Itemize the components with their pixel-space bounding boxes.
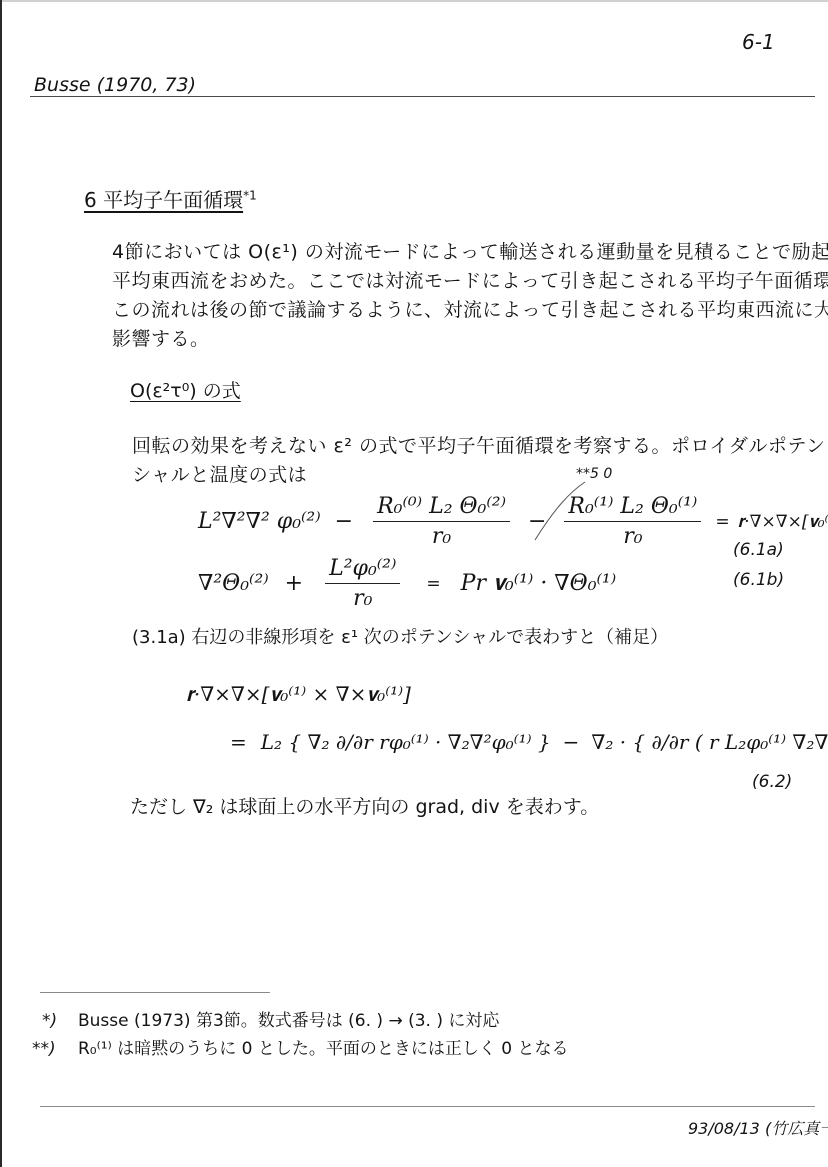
section-heading-text: 6 平均子午面循環 (84, 188, 243, 212)
subsection-intro: 回転の効果を考えない ε² の式で平均子午面循環を考察する。ポロイダルポテン シ… (132, 432, 825, 490)
eq-term: ∇₂ · { ∂/∂r ( r L₂φ₀⁽¹⁾ ∇₂∇²φ₀⁽¹⁾ ) } (591, 730, 828, 754)
footnote-rule (40, 992, 270, 993)
footnote-2: **)R₀⁽¹⁾ は暗黙のうちに 0 とした。平面のときには正しく 0 となる (32, 1034, 568, 1059)
nabla2-note: ただし ∇₂ は球面上の水平方向の grad, div を表わす。 (130, 792, 599, 819)
footer-date: 93/08/13 (竹広真一) (688, 1116, 828, 1139)
eq-fraction: R₀⁽⁰⁾ L₂ Θ₀⁽²⁾ r₀ (373, 494, 510, 549)
frac-numerator: L²φ₀⁽²⁾ (325, 556, 400, 584)
eq-term: L₂ { ∇₂ ∂/∂r rφ₀⁽¹⁾ · ∇₂∇²φ₀⁽¹⁾ } (261, 730, 551, 754)
eq-equals: = (230, 730, 247, 754)
footnote-1: *)Busse (1973) 第3節。数式番号は (6. ) → (3. ) に… (42, 1006, 499, 1031)
eq-term: L²∇²∇² φ₀⁽²⁾ (198, 509, 321, 534)
subsection-heading: O(ε²τ⁰) の式 (130, 376, 241, 403)
eq-operator: − (528, 509, 546, 534)
footnote-text: R₀⁽¹⁾ は暗黙のうちに 0 とした。平面のときには正しく 0 となる (78, 1039, 568, 1059)
frac-numerator: R₀⁽⁰⁾ L₂ Θ₀⁽²⁾ (373, 494, 510, 522)
footnote-mark: *1 (243, 188, 257, 202)
footer-rule (40, 1106, 815, 1107)
eq-operator: + (285, 571, 303, 596)
intro-line: 回転の効果を考えない ε² の式で平均子午面循環を考察する。ポロイダルポテン (132, 432, 825, 461)
footnote-mark: *) (42, 1011, 78, 1031)
frac-denominator: r₀ (432, 522, 451, 549)
frac-numerator: R₀⁽¹⁾ L₂ Θ₀⁽¹⁾ (564, 494, 701, 522)
nonlinear-intro: (3.1a) 右辺の非線形項を ε¹ 次のポテンシャルで表わすと（補足） (132, 623, 668, 649)
equation-6-2-line2: = L₂ { ∇₂ ∂/∂r rφ₀⁽¹⁾ · ∇₂∇²φ₀⁽¹⁾ } − ∇₂… (230, 730, 828, 754)
intro-line: 影響する。 (112, 325, 828, 354)
equation-tag: (6.1b) (733, 570, 784, 590)
reference-label: Busse (1970, 73) (34, 74, 196, 96)
equation-6-1b: ∇²Θ₀⁽²⁾ + L²φ₀⁽²⁾ r₀ = Pr 𝐯₀⁽¹⁾ · ∇Θ₀⁽¹⁾ (198, 556, 616, 611)
page-number: 6-1 (742, 30, 775, 54)
intro-line: 4節においては O(ε¹) の対流モードによって輸送される運動量を見積ることで励… (112, 238, 828, 267)
frac-denominator: r₀ (623, 522, 642, 549)
footnote-text: Busse (1973) 第3節。数式番号は (6. ) → (3. ) に対応 (78, 1011, 499, 1031)
page-top-edge (0, 0, 828, 2)
eq-equals: = (715, 512, 729, 532)
page-left-edge (0, 0, 2, 1167)
eq-rhs: 𝐫·∇×∇×[𝐯₀⁽¹⁾ × ∇×𝐯₀⁽¹⁾] (738, 512, 828, 532)
equation-tag: (6.1a) (733, 540, 784, 560)
equation-6-2-line1: 𝐫·∇×∇×[𝐯₀⁽¹⁾ × ∇×𝐯₀⁽¹⁾] (186, 682, 411, 706)
eq-operator: − (563, 730, 580, 754)
eq-equals: = (426, 574, 440, 594)
eq-fraction: R₀⁽¹⁾ L₂ Θ₀⁽¹⁾ r₀ (564, 494, 701, 549)
equation-tag: (6.2) (752, 772, 792, 792)
eq-operator: − (335, 509, 353, 534)
eq-rhs: Pr 𝐯₀⁽¹⁾ · ∇Θ₀⁽¹⁾ (461, 571, 617, 596)
header-rule (30, 96, 815, 97)
eq-fraction: L²φ₀⁽²⁾ r₀ (325, 556, 400, 611)
footnote-mark: **) (32, 1039, 78, 1059)
intro-line: 平均東西流をおめた。ここでは対流モードによって引き起こされる平均子午面循環を考察… (112, 267, 828, 296)
eq-term: ∇²Θ₀⁽²⁾ (198, 571, 269, 596)
frac-denominator: r₀ (353, 584, 372, 611)
intro-line: この流れは後の節で議論するように、対流によって引き起こされる平均東西流に大きく (112, 296, 828, 325)
intro-line: シャルと温度の式は (132, 461, 825, 490)
section-heading: 6 平均子午面循環*1 (84, 184, 257, 213)
section-intro: 4節においては O(ε¹) の対流モードによって輸送される運動量を見積ることで励… (112, 238, 828, 354)
